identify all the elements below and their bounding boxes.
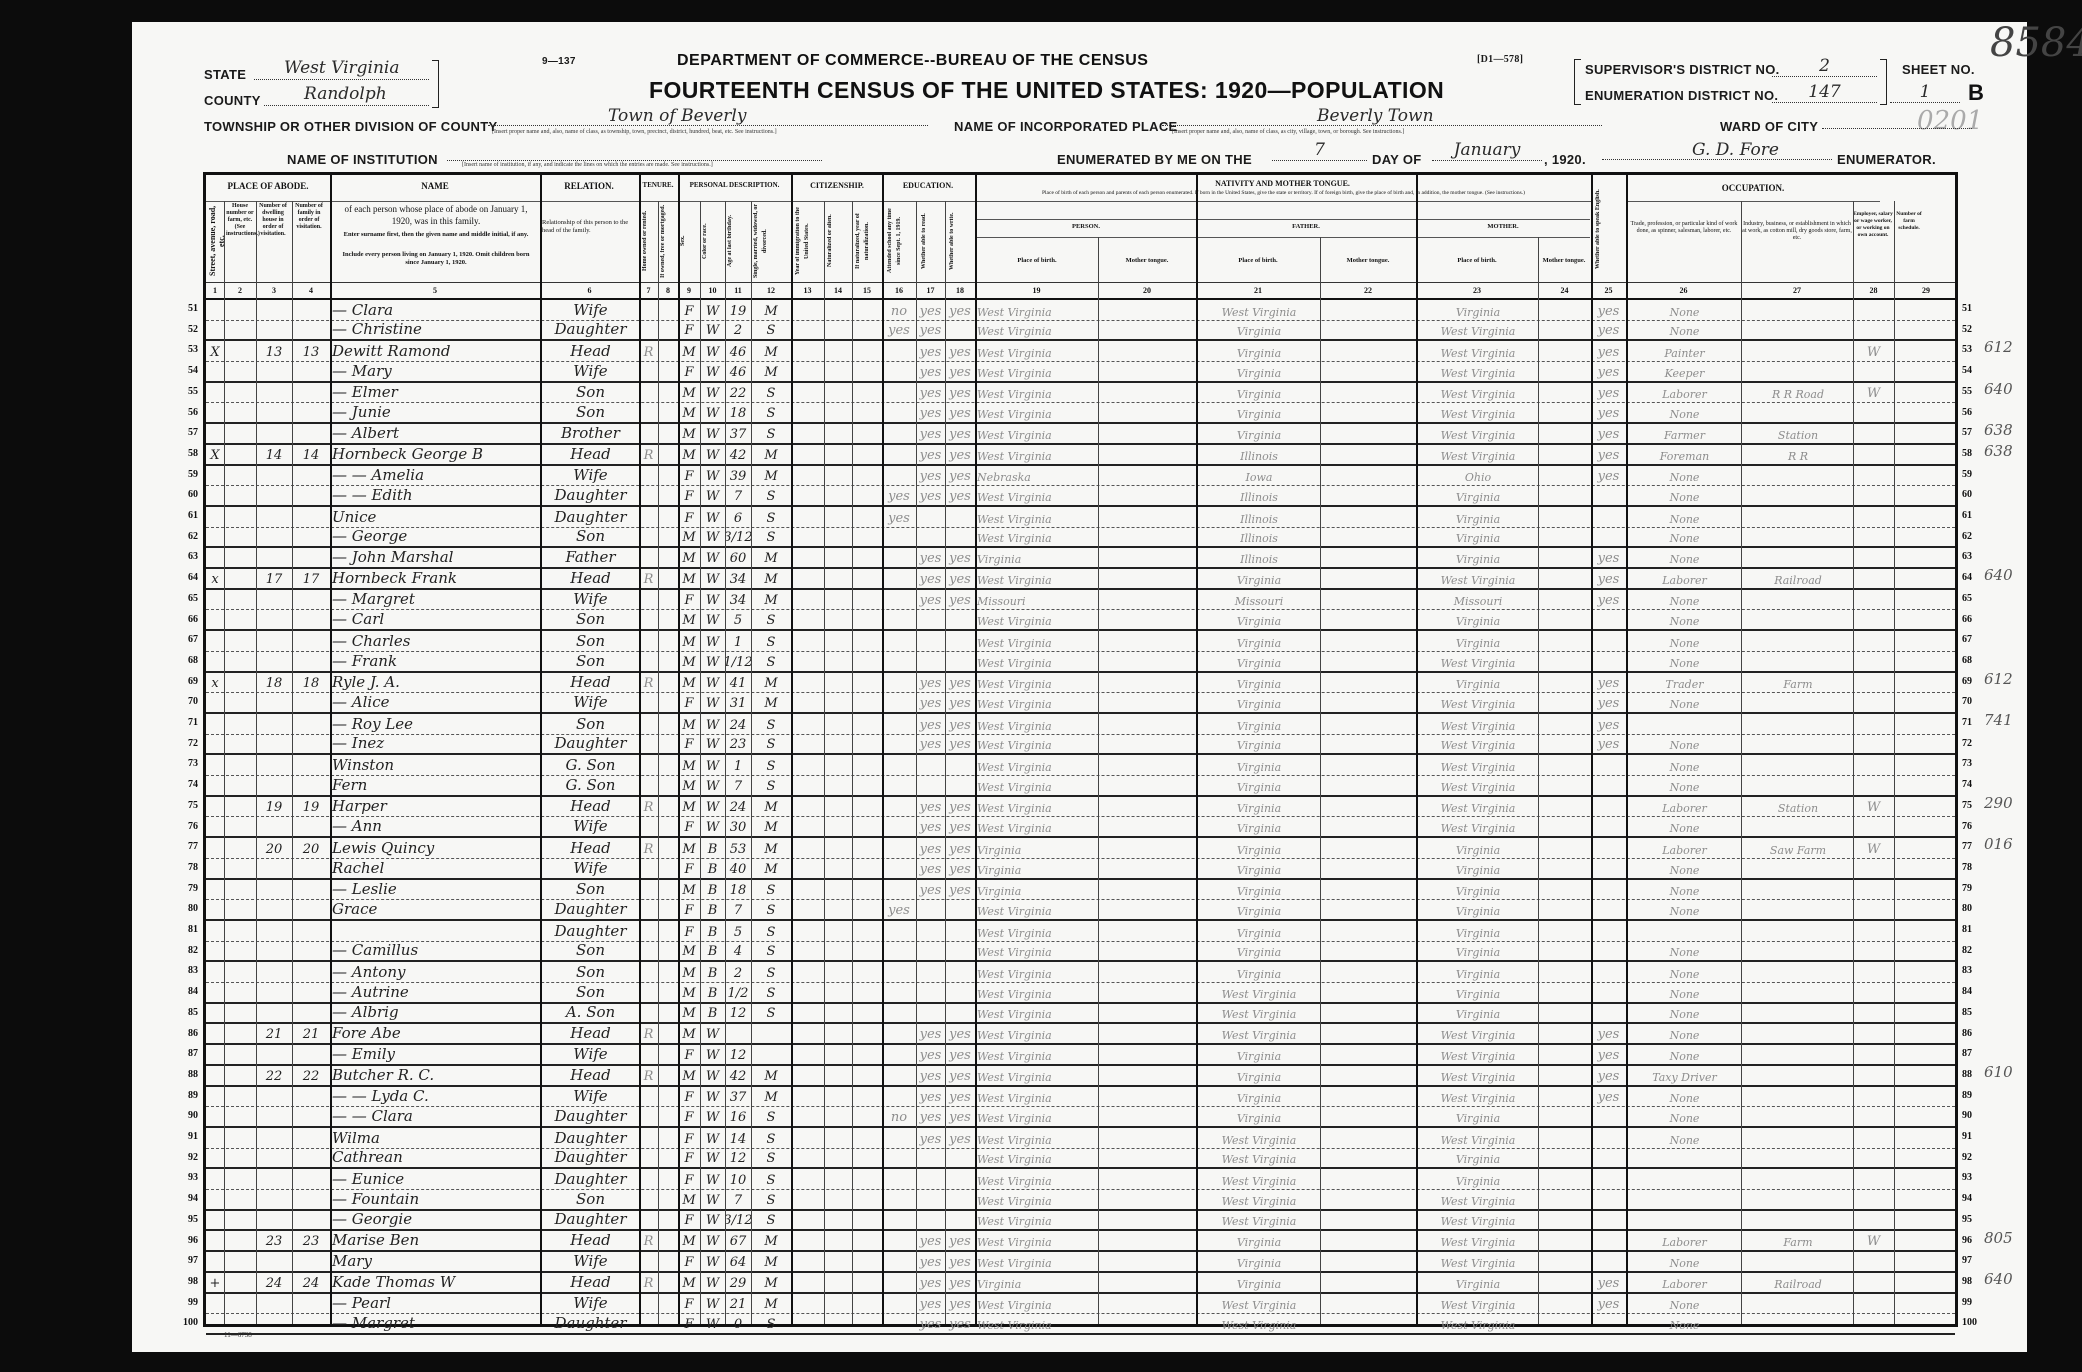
trade-cell: Laborer	[1628, 838, 1741, 858]
birth-cell: Virginia	[977, 1273, 1098, 1292]
industry-cell: Saw Farm	[1743, 838, 1853, 858]
population-table: PLACE OF ABODE. NAME of each person whos…	[203, 172, 1958, 1327]
read-cell	[916, 776, 945, 795]
marital-cell: M	[751, 838, 791, 858]
line-number-left: 60	[172, 489, 198, 500]
class-cell	[1853, 1066, 1894, 1085]
industry-cell: Station	[1743, 797, 1853, 817]
tenure-cell	[639, 1087, 658, 1107]
sex-cell: F	[678, 507, 700, 527]
write-cell: yes	[945, 880, 975, 900]
write-cell: yes	[945, 445, 975, 464]
dwelling-cell	[256, 383, 292, 403]
father-birth-cell: West Virginia	[1198, 1314, 1320, 1333]
dwelling-cell	[256, 693, 292, 712]
class-cell	[1853, 569, 1894, 588]
grid-line	[658, 201, 659, 1324]
class-cell	[1853, 900, 1894, 919]
street-mark-cell	[206, 383, 224, 403]
line-number-right: 98	[1962, 1276, 1972, 1287]
class-cell	[1853, 1190, 1894, 1209]
census-title: FOURTEENTH CENSUS OF THE UNITED STATES: …	[649, 77, 1444, 104]
tenure-cell	[639, 962, 658, 982]
street-mark-cell: x	[206, 673, 224, 693]
write-cell	[945, 321, 975, 340]
family-cell	[292, 1294, 330, 1314]
grid-line	[1538, 237, 1539, 1324]
trade-cell: None	[1628, 962, 1741, 982]
table-row: — FountainSonMW7SWest VirginiaWest Virgi…	[206, 1190, 1955, 1211]
father-birth-cell: West Virginia	[1198, 1025, 1320, 1044]
line-number-left: 70	[172, 696, 198, 707]
father-birth-cell: Virginia	[1198, 693, 1320, 712]
relation-cell: Son	[542, 1190, 639, 1209]
tenure-cell	[639, 1211, 658, 1230]
name-cell: — Margret	[332, 590, 540, 610]
father-birth-cell: Virginia	[1198, 652, 1320, 671]
relation-cell: Wife	[542, 1045, 639, 1064]
name-cell: — John Marshal	[332, 548, 540, 567]
marital-cell: S	[751, 652, 791, 671]
father-birth-cell: Illinois	[1198, 528, 1320, 547]
table-row: CathreanDaughterFW12SWest VirginiaWest V…	[206, 1149, 1955, 1170]
name-cell: — Eunice	[332, 1169, 540, 1189]
family-cell	[292, 611, 330, 630]
dwelling-cell	[256, 1169, 292, 1189]
class-cell	[1853, 859, 1894, 878]
tenure-cell	[639, 383, 658, 403]
family-cell: 23	[292, 1232, 330, 1251]
english-cell	[1591, 942, 1626, 961]
table-row: — AutrineSonMB1/2SWest VirginiaWest Virg…	[206, 983, 1955, 1004]
class-cell	[1853, 548, 1894, 567]
mother-birth-cell: West Virginia	[1418, 1190, 1538, 1209]
trade-cell: Farmer	[1628, 424, 1741, 443]
nativity-desc: Place of birth of each person and parent…	[986, 190, 1581, 197]
industry-cell	[1743, 486, 1853, 505]
class-cell	[1853, 1107, 1894, 1126]
mother-birth-cell: Virginia	[1418, 1169, 1538, 1189]
school-cell: yes	[882, 321, 916, 340]
marital-cell: M	[751, 673, 791, 693]
english-cell: yes	[1591, 1045, 1626, 1064]
english-cell	[1591, 486, 1626, 505]
marital-cell: M	[751, 818, 791, 837]
race-cell: W	[700, 321, 725, 340]
mother-birth-cell: West Virginia	[1418, 569, 1538, 588]
birth-cell: Virginia	[977, 548, 1098, 567]
race-cell: W	[700, 486, 725, 505]
race-cell: W	[700, 1169, 725, 1189]
father-birth-cell: Missouri	[1198, 590, 1320, 610]
age-cell: 53	[725, 838, 751, 858]
school-cell: yes	[882, 507, 916, 527]
write-cell	[945, 983, 975, 1002]
column-number: 13	[791, 283, 824, 298]
trade-cell: None	[1628, 880, 1741, 900]
line-number-left: 77	[172, 841, 198, 852]
industry-cell	[1743, 466, 1853, 486]
trade-cell: None	[1628, 1128, 1741, 1148]
grid-line	[916, 201, 917, 1324]
race-cell: W	[700, 776, 725, 795]
english-cell: yes	[1591, 424, 1626, 443]
age-cell: 0	[725, 1314, 751, 1333]
institution-label: NAME OF INSTITUTION	[287, 152, 438, 167]
dwelling-cell	[256, 652, 292, 671]
relation-cell: Daughter	[542, 900, 639, 919]
trade-cell: None	[1628, 611, 1741, 630]
class-cell	[1853, 693, 1894, 712]
column-number: 27	[1741, 283, 1853, 298]
relation-cell: Son	[542, 962, 639, 982]
line-number-right: 88	[1962, 1069, 1972, 1080]
table-row: — GeorgieDaughterFW3/12SWest VirginiaWes…	[206, 1211, 1955, 1232]
birth-cell: West Virginia	[977, 776, 1098, 795]
dwelling-cell	[256, 466, 292, 486]
grid-line	[1196, 175, 1198, 1324]
father-birth-cell: Virginia	[1198, 1273, 1320, 1292]
birth-cell: West Virginia	[977, 1149, 1098, 1168]
line-number-left: 66	[172, 614, 198, 625]
name-cell: Ryle J. A.	[332, 673, 540, 693]
write-cell: yes	[945, 1232, 975, 1251]
grid-line	[678, 175, 680, 1324]
race-cell: W	[700, 1252, 725, 1271]
sex-cell: M	[678, 797, 700, 817]
english-cell: yes	[1591, 673, 1626, 693]
relation-cell: Daughter	[542, 486, 639, 505]
race-cell: B	[700, 859, 725, 878]
relation-cell: Son	[542, 983, 639, 1002]
table-row: — GeorgeSonMW3/12SWest VirginiaIllinoisV…	[206, 528, 1955, 549]
tenure-cell	[639, 900, 658, 919]
ed-label: ENUMERATION DISTRICT NO.	[1585, 88, 1778, 103]
mother-birth-cell: West Virginia	[1418, 818, 1538, 837]
industry-cell	[1743, 942, 1853, 961]
race-cell: W	[700, 528, 725, 547]
tenure-cell	[639, 404, 658, 423]
margin-code: 638	[1984, 442, 2013, 460]
mother-birth-cell: West Virginia	[1418, 1025, 1538, 1044]
race-cell: W	[700, 1087, 725, 1107]
grid-line	[540, 175, 542, 1324]
marital-cell	[751, 1045, 791, 1064]
birth-cell: West Virginia	[977, 1004, 1098, 1023]
farm-desc: Number of farm schedule.	[1895, 211, 1923, 232]
street-mark-cell: +	[206, 1273, 224, 1292]
school-cell	[882, 755, 916, 775]
industry-cell: R R	[1743, 445, 1853, 464]
age-cell: 10	[725, 1169, 751, 1189]
person-birth-header: Place of birth.	[976, 257, 1098, 264]
family-cell	[292, 1190, 330, 1209]
column-number: 19	[975, 283, 1098, 298]
father-birth-cell: Virginia	[1198, 797, 1320, 817]
english-cell	[1591, 631, 1626, 651]
tenure-cell	[639, 921, 658, 941]
birth-cell: West Virginia	[977, 1169, 1098, 1189]
trade-cell: Laborer	[1628, 1273, 1741, 1292]
class-cell	[1853, 486, 1894, 505]
age-cell: 14	[725, 1128, 751, 1148]
trade-cell	[1628, 921, 1741, 941]
english-cell	[1591, 528, 1626, 547]
line-number-right: 81	[1962, 924, 1972, 935]
industry-cell	[1743, 300, 1853, 320]
day-of-label: DAY OF	[1372, 152, 1421, 167]
table-row: — — EdithDaughterFW7SyesyesyesWest Virgi…	[206, 486, 1955, 507]
trade-cell: None	[1628, 900, 1741, 919]
street-mark-cell	[206, 486, 224, 505]
write-cell: yes	[945, 341, 975, 361]
marital-cell: S	[751, 528, 791, 547]
birth-cell: West Virginia	[977, 1211, 1098, 1230]
class-cell	[1853, 1252, 1894, 1271]
age-cell: 7	[725, 776, 751, 795]
relation-cell: Daughter	[542, 1211, 639, 1230]
father-birth-cell: Virginia	[1198, 569, 1320, 588]
name-cell: Hornbeck Frank	[332, 569, 540, 588]
nativity-header: NATIVITY AND MOTHER TONGUE.	[976, 179, 1589, 188]
column-number: 3	[256, 283, 292, 298]
sex-cell: M	[678, 1025, 700, 1044]
age-cell: 12	[725, 1045, 751, 1064]
class-cell	[1853, 776, 1894, 795]
margin-code: 610	[1984, 1063, 2013, 1081]
table-row: 2020Lewis QuincyHeadRMB53MyesyesVirginia…	[206, 838, 1955, 859]
trade-cell	[1628, 1149, 1741, 1168]
industry-cell	[1743, 1128, 1853, 1148]
write-cell: yes	[945, 362, 975, 381]
sex-cell: F	[678, 1294, 700, 1314]
read-cell: yes	[916, 714, 945, 734]
family-cell	[292, 755, 330, 775]
line-number-left: 99	[172, 1297, 198, 1308]
read-cell	[916, 900, 945, 919]
race-cell: W	[700, 466, 725, 486]
family-cell	[292, 486, 330, 505]
read-cell: yes	[916, 1087, 945, 1107]
english-cell: yes	[1591, 693, 1626, 712]
relation-cell: Wife	[542, 466, 639, 486]
father-birth-cell: West Virginia	[1198, 1169, 1320, 1189]
street-mark-cell: x	[206, 569, 224, 588]
father-birth-cell: Virginia	[1198, 962, 1320, 982]
relation-cell: Head	[542, 673, 639, 693]
read-cell: yes	[916, 693, 945, 712]
marital-cell: S	[751, 1169, 791, 1189]
write-cell	[945, 962, 975, 982]
marital-cell: S	[751, 776, 791, 795]
english-cell	[1591, 818, 1626, 837]
read-cell: yes	[916, 1273, 945, 1292]
tenure-cell	[639, 1169, 658, 1189]
father-birth-cell: Virginia	[1198, 859, 1320, 878]
relation-cell: Head	[542, 1025, 639, 1044]
family-cell	[292, 880, 330, 900]
line-number-right: 89	[1962, 1090, 1972, 1101]
dwelling-cell	[256, 611, 292, 630]
table-row: — John MarshalFatherMW60MyesyesVirginiaI…	[206, 548, 1955, 569]
column-number: 17	[916, 283, 945, 298]
read-cell: yes	[916, 1025, 945, 1044]
write-cell: yes	[945, 673, 975, 693]
ward-label: WARD OF CITY	[1720, 119, 1818, 134]
column-number: 15	[852, 283, 882, 298]
age-cell: 2	[725, 962, 751, 982]
age-cell: 4	[725, 942, 751, 961]
school-cell	[882, 1294, 916, 1314]
father-birth-cell: West Virginia	[1198, 1211, 1320, 1230]
marital-cell: M	[751, 466, 791, 486]
trade-cell: None	[1628, 983, 1741, 1002]
marital-cell: S	[751, 735, 791, 754]
class-cell	[1853, 590, 1894, 610]
dwelling-cell	[256, 776, 292, 795]
age-cell: 24	[725, 714, 751, 734]
read-cell	[916, 755, 945, 775]
street-mark-cell	[206, 1128, 224, 1148]
mother-birth-cell: Virginia	[1418, 859, 1538, 878]
trade-cell: None	[1628, 693, 1741, 712]
industry-cell: Station	[1743, 424, 1853, 443]
class-cell	[1853, 652, 1894, 671]
family-cell	[292, 962, 330, 982]
name-cell: Fore Abe	[332, 1025, 540, 1044]
street-mark-cell	[206, 1066, 224, 1085]
race-cell: W	[700, 1294, 725, 1314]
relation-cell: Daughter	[542, 1107, 639, 1126]
table-row: WinstonG. SonMW1SWest VirginiaVirginiaWe…	[206, 755, 1955, 776]
english-cell	[1591, 1211, 1626, 1230]
school-cell	[882, 528, 916, 547]
industry-cell	[1743, 341, 1853, 361]
race-cell: W	[700, 383, 725, 403]
line-number-left: 87	[172, 1048, 198, 1059]
mother-birth-cell: West Virginia	[1418, 1211, 1538, 1230]
name-cell: Grace	[332, 900, 540, 919]
relation-cell: Father	[542, 548, 639, 567]
write-cell: yes	[945, 714, 975, 734]
english-cell	[1591, 1107, 1626, 1126]
tenure-cell	[639, 528, 658, 547]
english-cell	[1591, 1149, 1626, 1168]
read-cell	[916, 1190, 945, 1209]
street-mark-cell	[206, 1169, 224, 1189]
sex-cell: F	[678, 735, 700, 754]
name-cell: — Elmer	[332, 383, 540, 403]
class-cell	[1853, 1149, 1894, 1168]
enumerator-name: G. D. Fore	[1602, 140, 1832, 160]
street-mark-cell	[206, 942, 224, 961]
mother-tongue-header: Mother tongue.	[1538, 257, 1590, 264]
class-cell	[1853, 528, 1894, 547]
marital-cell: S	[751, 1149, 791, 1168]
race-cell: W	[700, 590, 725, 610]
institution-note: [Insert name of institution, if any, and…	[462, 162, 713, 168]
tenure-cell: R	[639, 673, 658, 693]
marital-cell: M	[751, 1066, 791, 1085]
birth-cell: West Virginia	[977, 383, 1098, 403]
education-header: EDUCATION.	[883, 181, 973, 190]
table-row: — MaryWifeFW46MyesyesWest VirginiaVirgin…	[206, 362, 1955, 383]
family-cell: 24	[292, 1273, 330, 1292]
name-cell: Lewis Quincy	[332, 838, 540, 858]
family-cell: 21	[292, 1025, 330, 1044]
dwelling-cell	[256, 962, 292, 982]
line-number-right: 78	[1962, 862, 1972, 873]
mother-birth-cell: West Virginia	[1418, 383, 1538, 403]
county-label: COUNTY	[204, 93, 261, 108]
read-cell	[916, 611, 945, 630]
line-number-left: 52	[172, 324, 198, 335]
sex-cell: F	[678, 1211, 700, 1230]
table-row: — — AmeliaWifeFW39MyesyesNebraskaIowaOhi…	[206, 466, 1955, 487]
incorporated-label: NAME OF INCORPORATED PLACE	[954, 119, 1178, 134]
class-cell	[1853, 1294, 1894, 1314]
mother-birth-cell: West Virginia	[1418, 693, 1538, 712]
marital-cell: S	[751, 1314, 791, 1333]
dwelling-cell	[256, 1128, 292, 1148]
birth-cell: West Virginia	[977, 1087, 1098, 1107]
father-birth-cell: Virginia	[1198, 1252, 1320, 1271]
trade-cell: None	[1628, 776, 1741, 795]
margin-code: 016	[1984, 835, 2013, 853]
read-cell: yes	[916, 735, 945, 754]
english-cell: yes	[1591, 1294, 1626, 1314]
family-cell	[292, 921, 330, 941]
table-row: — JunieSonMW18SyesyesWest VirginiaVirgin…	[206, 404, 1955, 425]
birth-cell: West Virginia	[977, 1066, 1098, 1085]
street-mark-cell	[206, 631, 224, 651]
institution-value	[447, 146, 822, 161]
school-cell	[882, 404, 916, 423]
father-birth-cell: Virginia	[1198, 776, 1320, 795]
line-number-right: 74	[1962, 779, 1972, 790]
name-cell: — Emily	[332, 1045, 540, 1064]
family-cell	[292, 652, 330, 671]
age-cell: 24	[725, 797, 751, 817]
school-cell	[882, 838, 916, 858]
name-instr1: Enter surname first, then the given name…	[341, 231, 531, 239]
birth-cell: Virginia	[977, 838, 1098, 858]
line-number-left: 82	[172, 945, 198, 956]
street-mark-cell	[206, 900, 224, 919]
line-number-right: 75	[1962, 800, 1972, 811]
name-cell: Marise Ben	[332, 1232, 540, 1251]
col10-header: Color or race.	[701, 203, 719, 279]
line-number-left: 73	[172, 758, 198, 769]
trade-desc: Trade, profession, or particular kind of…	[1628, 221, 1740, 235]
line-number-right: 69	[1962, 676, 1972, 687]
relation-cell: Daughter	[542, 735, 639, 754]
industry-cell	[1743, 962, 1853, 982]
read-cell: yes	[916, 818, 945, 837]
class-cell	[1853, 735, 1894, 754]
name-cell: Unice	[332, 507, 540, 527]
industry-cell	[1743, 528, 1853, 547]
write-cell: yes	[945, 590, 975, 610]
read-cell: yes	[916, 1252, 945, 1271]
birth-cell: West Virginia	[977, 486, 1098, 505]
street-mark-cell	[206, 548, 224, 567]
line-number-right: 52	[1962, 324, 1972, 335]
table-row: x1818Ryle J. A.HeadRMW41MyesyesWest Virg…	[206, 673, 1955, 694]
sex-cell: M	[678, 548, 700, 567]
relation-cell: Daughter	[542, 1169, 639, 1189]
sex-cell: M	[678, 1273, 700, 1292]
